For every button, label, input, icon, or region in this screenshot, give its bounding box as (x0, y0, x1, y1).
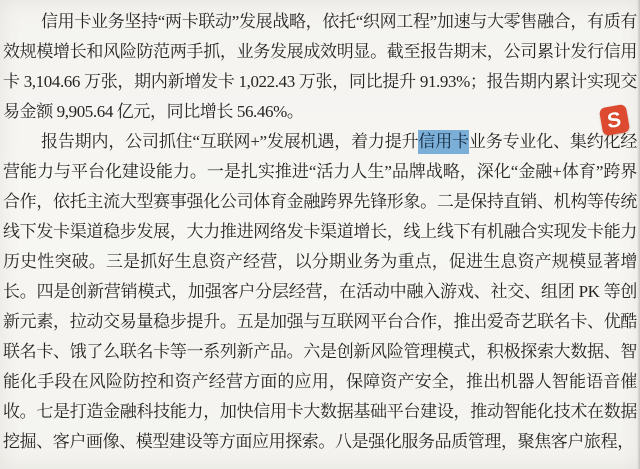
highlighted-term-credit-card: 信用卡 (418, 130, 469, 154)
paragraph-2-text-before-highlight: 报告期内，公司抓住“互联网+”发展机遇，着力提升 (41, 132, 418, 151)
watermark-s-letter: S (606, 108, 622, 131)
watermark-s-logo: S (599, 104, 630, 136)
paragraph-credit-card-strategy: 信用卡业务坚持“两卡联动”发展战略，依托“织网工程”加速与大零售融合，有质有效规… (3, 7, 637, 127)
paragraph-reporting-period: 报告期内，公司抓住“互联网+”发展机遇，着力提升信用卡业务专业化、集约化经营能力… (3, 127, 637, 457)
document-page: 信用卡业务坚持“两卡联动”发展战略，依托“织网工程”加速与大零售融合，有质有效规… (0, 0, 640, 469)
paragraph-1-text: 信用卡业务坚持“两卡联动”发展战略，依托“织网工程”加速与大零售融合，有质有效规… (3, 12, 637, 121)
paragraph-2-text-after-highlight: 业务专业化、集约化经营能力与平台化建设能力。一是扎实推进“活力人生”品牌战略，深… (3, 132, 637, 451)
